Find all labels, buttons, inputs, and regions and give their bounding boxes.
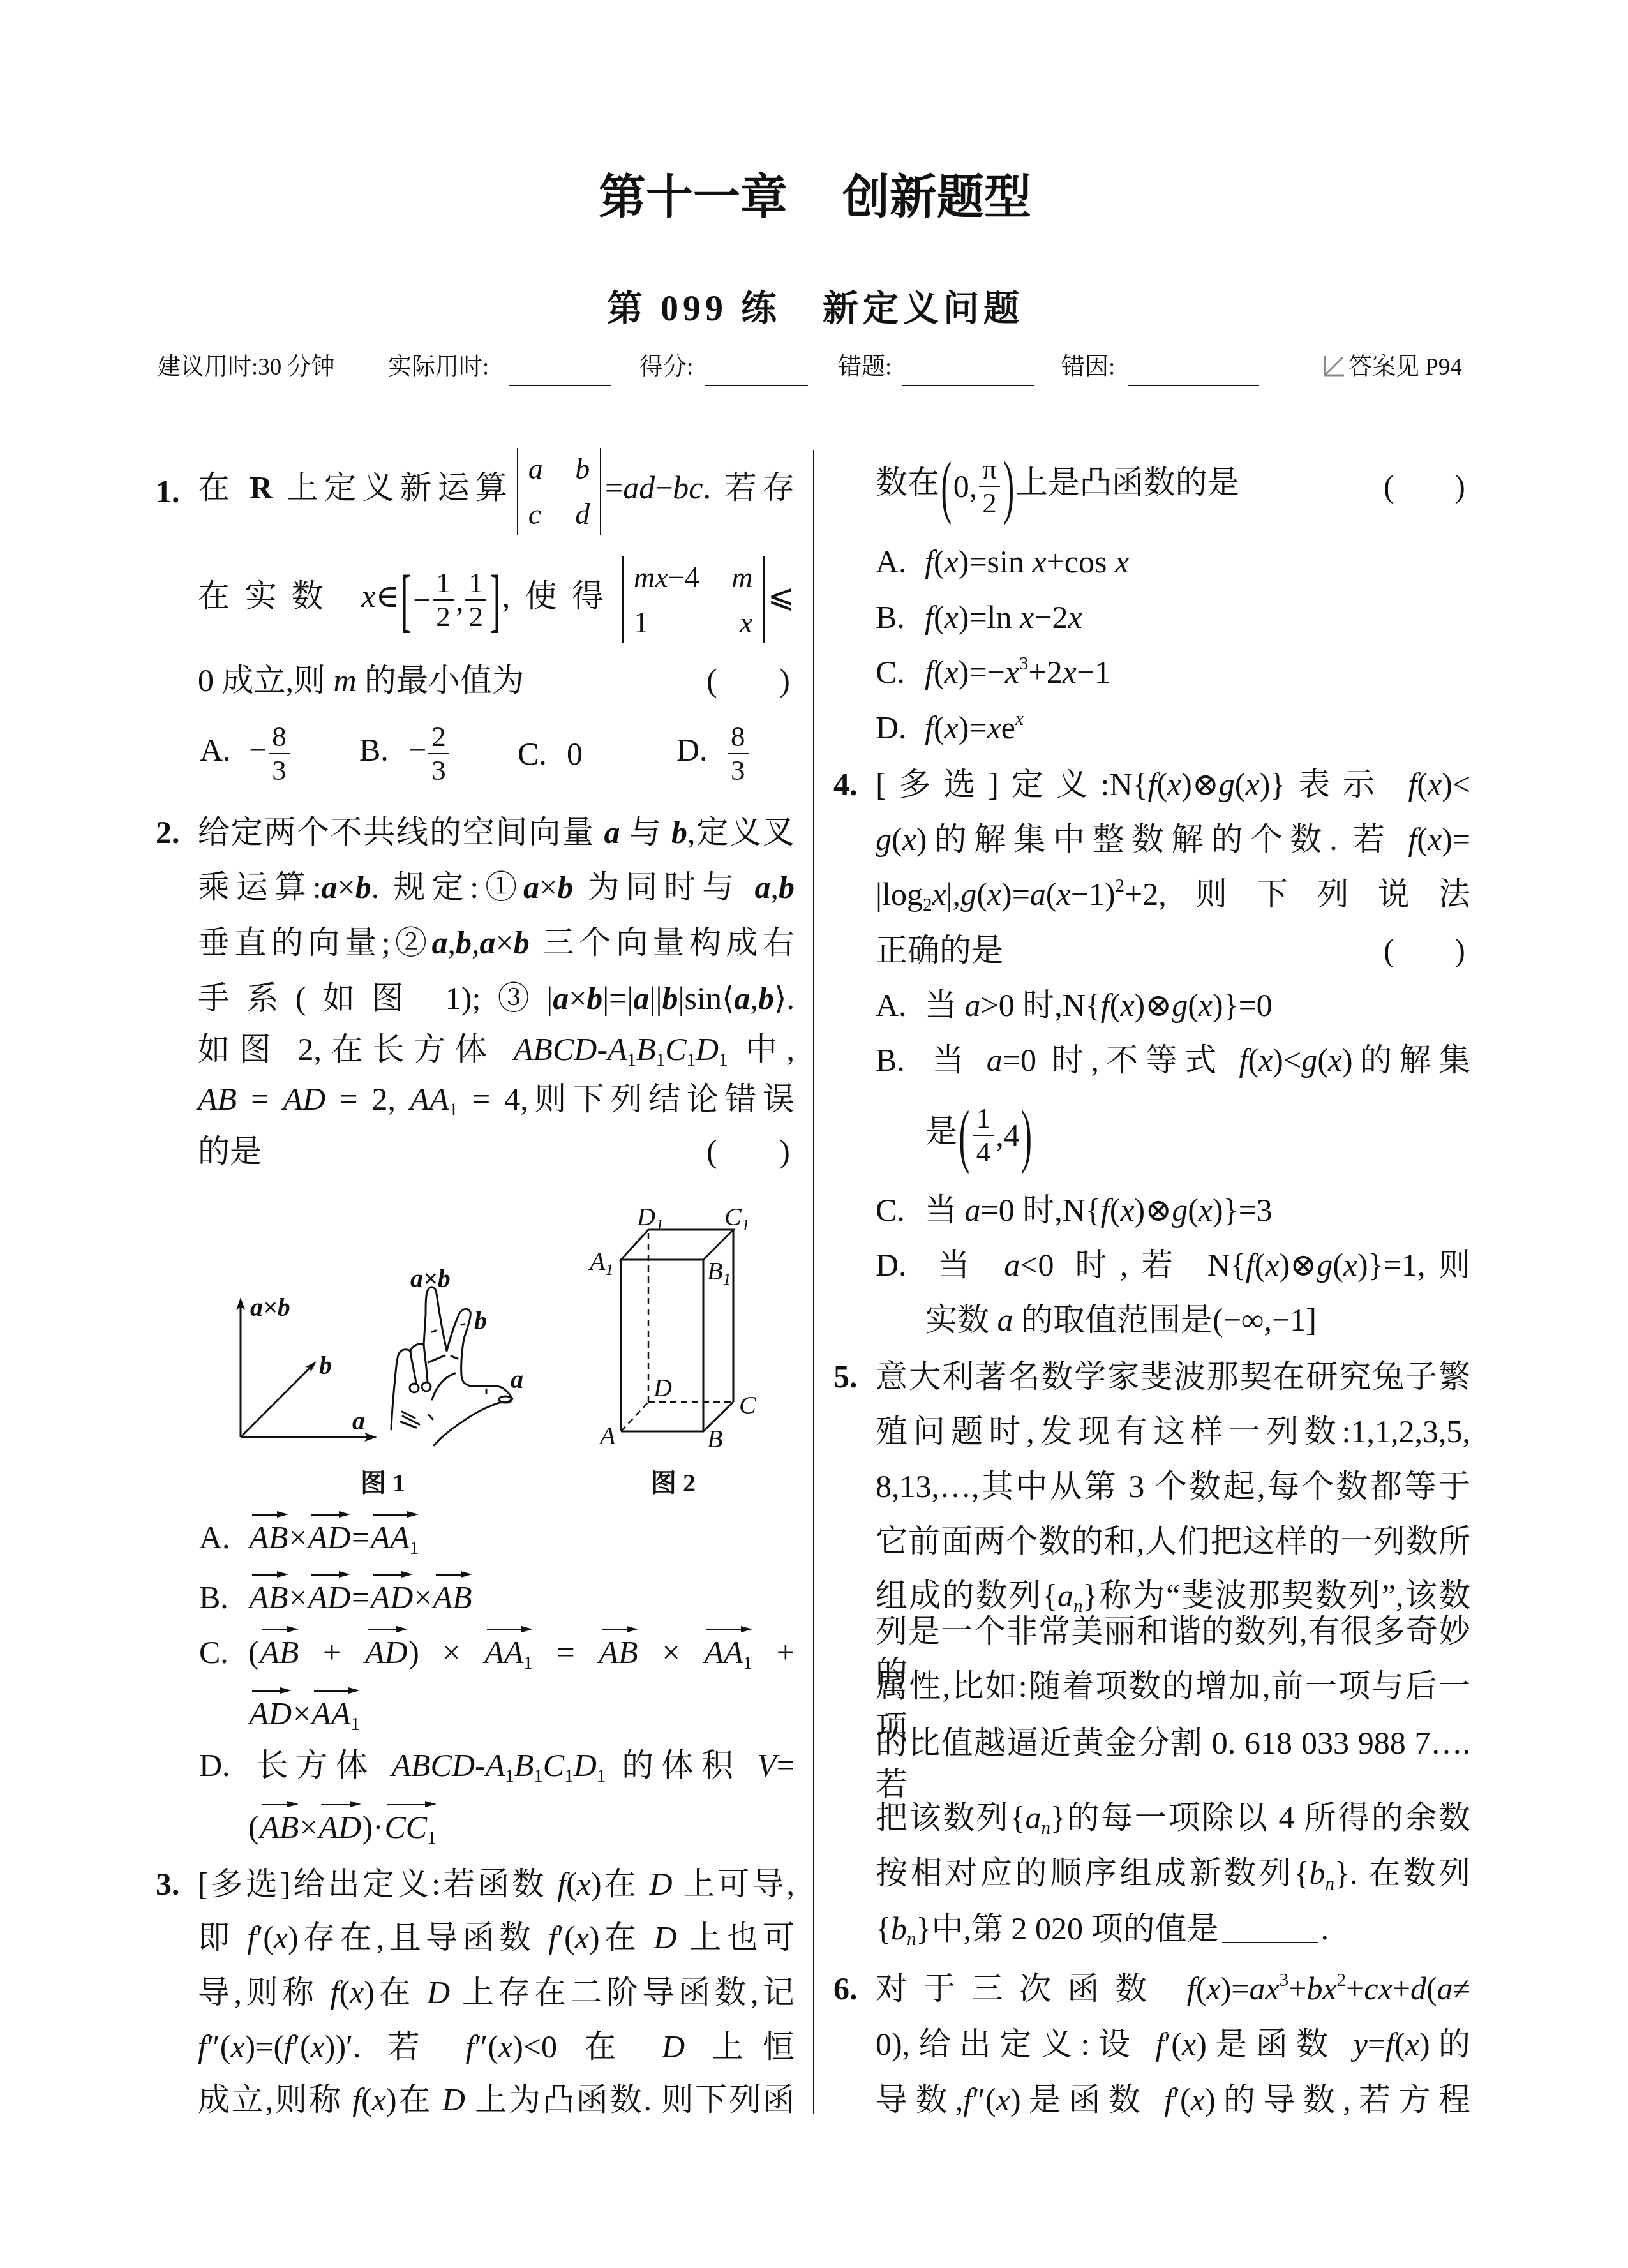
math-variable: c [528, 498, 541, 530]
math-variable: x [1343, 1247, 1357, 1283]
math-variable: f [1101, 1192, 1110, 1228]
superscript: x [1015, 709, 1024, 729]
option-content: −83 [249, 732, 292, 768]
denominator: 3 [728, 754, 749, 786]
text-run: { [876, 1911, 891, 1946]
text-run: ( [1333, 1247, 1343, 1283]
figure-1-axes [241, 1306, 369, 1437]
option-label: B. [359, 729, 408, 771]
text-run: )= [959, 710, 987, 745]
math-variable: a [987, 1042, 1003, 1078]
text-run: ( [1196, 1971, 1207, 2006]
math-variable: f [1148, 766, 1157, 802]
math-variable: bc [673, 470, 703, 505]
text-run: ⩽ [768, 578, 795, 614]
text-run: × [289, 1519, 307, 1555]
math-variable: x [945, 599, 959, 635]
text-run: 长方体 [248, 1747, 392, 1783]
math-variable: a [528, 452, 543, 485]
set-symbol: R [250, 470, 273, 505]
text-run: = [605, 470, 623, 505]
subscript: 1 [656, 1050, 666, 1070]
axis-label-b: b [319, 1351, 332, 1380]
text-run: ( [1317, 1042, 1328, 1078]
determinant: mx−4m1x [622, 556, 765, 643]
text-run: ) × [408, 1634, 483, 1670]
option-content: f(x)=xex [925, 710, 1024, 745]
subscript: 1 [449, 1100, 458, 1120]
numerator: 8 [728, 721, 749, 754]
text-run: 上也可 [676, 1920, 795, 1955]
figure-2-caption: 图 2 [651, 1468, 696, 1497]
math-variable: x [1199, 987, 1213, 1023]
option-content: 当 a=0 时,不等式 f(x)<g(x)的解集 [925, 1042, 1470, 1078]
vector-arrow: AD [250, 1687, 292, 1729]
subscript: 1 [427, 1827, 437, 1847]
vertex-letter: A [588, 1247, 606, 1276]
text-run: × [639, 1634, 703, 1670]
option-content: AD×AA1 [248, 1687, 795, 1735]
text-run: 当 [925, 1042, 987, 1078]
math-variable: x [1115, 544, 1129, 579]
math-variable: x [902, 821, 916, 857]
vector-symbol: b [671, 814, 687, 850]
paren-close: ) [1454, 930, 1465, 971]
text-run: ( [248, 1634, 259, 1670]
option-label: C. [876, 652, 925, 693]
math-variable: x [577, 1866, 591, 1902]
math-variable: f [1101, 987, 1110, 1023]
math-variable: ABCD [392, 1747, 475, 1783]
math-variable: f [1246, 1247, 1255, 1283]
line-text: 导,则称 f(x)在 D 上存在二阶导函数,记 [198, 1972, 795, 2013]
text-run: e [1001, 710, 1015, 745]
math-variable: a [965, 987, 981, 1023]
text-run: + [1393, 1971, 1410, 2006]
text-run: −2 [1034, 599, 1068, 635]
text-run: [多选]定义:N{ [876, 766, 1148, 802]
math-variable: x [932, 876, 946, 912]
math-variable: bx [1306, 1971, 1336, 2006]
math-variable: x [945, 654, 959, 690]
text-run: [多选]给出定义:若函数 [198, 1866, 557, 1902]
option-content: 当 a=0 时,N{f(x)⊗g(x)}=3 [925, 1192, 1273, 1228]
math-variable: f [1408, 766, 1417, 802]
math-variable: f [548, 1920, 557, 1955]
vector-name: AB [260, 1634, 299, 1670]
vector-arrow: AA1 [311, 1687, 360, 1734]
math-variable: x [1206, 1971, 1220, 2006]
text-run: }称为“斐波那契数列”,该数 [1083, 1578, 1470, 1613]
text-run: −1) [1071, 876, 1116, 912]
text-run: 垂直的向量;② [198, 925, 432, 960]
subscript: 1 [743, 1652, 753, 1673]
text-run: 数在 [876, 465, 939, 500]
math-variable: f [1408, 821, 1417, 857]
math-variable: f [963, 2082, 972, 2117]
text-run: =0 时,N{ [981, 1192, 1101, 1228]
option-label: A. [876, 541, 925, 583]
vertex-label-a: A [598, 1421, 616, 1450]
subscript: 1 [719, 1050, 728, 1070]
text-run: ( [934, 544, 945, 579]
vector-symbol: b [355, 869, 371, 905]
question-2-figures: a×b b a a×b b a 图 1 D1 C1 A1 B [211, 1181, 798, 1512]
math-variable: x [1120, 1192, 1134, 1228]
fraction: 83 [728, 721, 749, 786]
denominator: 2 [433, 601, 454, 632]
text-run: × [338, 869, 355, 905]
math-variable: x [1120, 987, 1134, 1023]
numerator: 2 [428, 721, 449, 754]
text-run: = [352, 1519, 370, 1555]
paren-close: ) [779, 660, 790, 701]
text-run: + [1288, 1971, 1306, 2006]
text-run: ( [892, 821, 902, 857]
text-run: 为同时与 [573, 869, 754, 905]
text-run: − [249, 732, 267, 768]
math-variable: D [649, 1866, 672, 1902]
text-run: ″( [972, 2082, 996, 2117]
option-label: C. [518, 733, 567, 775]
text-run: 成立,则称 [198, 2082, 352, 2117]
text-run: , [750, 980, 758, 1016]
text-run: ( [1417, 766, 1428, 802]
line-text: [多选]给出定义:若函数 f(x)在 D 上可导, [198, 1863, 795, 1905]
line-text: 在实数 x∈[−12,12],使得mx−4m1x⩽ [198, 556, 795, 643]
text-run: ( [1394, 2026, 1405, 2062]
math-variable: f [1164, 2082, 1173, 2117]
vector-name: AA [704, 1634, 743, 1670]
text-run: ( [1046, 876, 1057, 912]
text-run: ( [1235, 766, 1246, 802]
text-run: 实数 [925, 1302, 997, 1338]
text-run: , [472, 925, 480, 960]
vector-symbol: b [557, 869, 573, 905]
text-run: 对于三次函数 [876, 1971, 1187, 2006]
wrong-questions-blank [902, 385, 1034, 386]
math-variable: x [1057, 876, 1071, 912]
text-run: )在 [589, 1920, 653, 1955]
left-delimiter: ( [941, 441, 952, 532]
text-run: × [289, 1579, 307, 1615]
math-variable: x [1063, 654, 1077, 690]
text-run: × [539, 869, 557, 905]
text-run: )的 [1419, 2026, 1470, 2062]
text-run: ( [934, 710, 945, 745]
text-run: , [448, 925, 456, 960]
math-variable: x [575, 1920, 589, 1955]
line-text: 按相对应的顺序组成新数列{bn}. 在数列 [876, 1853, 1470, 1896]
vector-name: AD [308, 1519, 351, 1555]
text-run: × [300, 1809, 318, 1845]
vector-name: AB [599, 1634, 638, 1670]
determinant-cell: 1 [634, 605, 648, 640]
math-variable: V [757, 1747, 777, 1783]
line-text: 给定两个不共线的空间向量 a 与 b,定义叉 [198, 812, 795, 853]
text-run: , [770, 869, 779, 905]
option-content: 当 a>0 时,N{f(x)⊗g(x)}=0 [925, 987, 1273, 1023]
determinant-cell: x [740, 605, 752, 640]
vertex-subscript: 1 [722, 1270, 731, 1288]
line-text: |log2x|,g(x)=a(x−1)2+2,则下列说法 [876, 874, 1470, 917]
math-variable: f [557, 1866, 566, 1902]
math-variable: g [1317, 1247, 1333, 1283]
determinant-cell: a [528, 451, 543, 486]
text-run: - [597, 1031, 608, 1067]
text-run: 乘运算: [198, 869, 322, 905]
math-variable: x [1428, 821, 1442, 857]
text-run: 意大利著名数学家斐波那契在研究兔子繁 [876, 1359, 1470, 1394]
text-run: 0),给出定义:设 [876, 2026, 1155, 2062]
math-variable: f [352, 2082, 361, 2117]
option-label: A. [200, 729, 249, 771]
subscript: 1 [350, 1713, 360, 1734]
actual-time-label-text: 实际用时: [388, 355, 489, 379]
vector-symbol: a [480, 925, 496, 960]
text-run: 是 [925, 1114, 957, 1149]
option-content: (AB + AD) × AA1 = AB × AA1 + [248, 1634, 795, 1670]
option-content: 实数 a 的取值范围是(−∞,−1] [925, 1299, 1470, 1341]
line-text: 的比值越逼近黄金分割 0. 618 033 988 7…. 若 [876, 1722, 1470, 1805]
text-run: 上恒 [685, 2029, 795, 2064]
superscript: 2 [1116, 876, 1125, 896]
text-run: ≠ [1453, 1971, 1470, 2006]
vector-name: AB [260, 1809, 299, 1845]
vector-name: AD [365, 1634, 408, 1670]
math-variable: x [740, 606, 752, 639]
wrong-questions-label-text: 错题: [838, 355, 892, 379]
text-run: = [777, 1747, 795, 1783]
chapter-name-text: 创新题型 [842, 174, 1031, 221]
vector-symbol: b [514, 925, 530, 960]
subscript: 1 [523, 1652, 533, 1673]
vector-symbol: a [322, 869, 338, 905]
subscript: 1 [505, 1766, 514, 1786]
text-run: ⟩. [774, 980, 795, 1016]
text-run: }. 在数列 [1334, 1855, 1470, 1891]
option-content: f(x)=sin x+cos x [925, 544, 1129, 579]
text-run: )< [1273, 1042, 1301, 1078]
text-run: )=sin [959, 544, 1033, 579]
text-run: )<0 在 [512, 2029, 662, 2064]
text-run: 中, [728, 1031, 795, 1067]
numerator: 1 [433, 567, 454, 601]
text-run: 三个向量构成右 [530, 925, 795, 960]
text-run: = [237, 1081, 283, 1117]
text-run: 上为凸函数. 则下列函 [465, 2082, 795, 2117]
math-variable: f [925, 544, 934, 579]
text-run: + [300, 1634, 364, 1670]
vertex-subscript: 1 [655, 1216, 664, 1234]
fraction: 12 [433, 567, 454, 632]
numerator: 1 [465, 567, 486, 601]
option-label: A. [199, 1517, 248, 1558]
hand-label-b: b [474, 1306, 487, 1335]
vector-symbol: a [604, 814, 620, 850]
math-variable: x [1032, 544, 1046, 579]
math-variable: x [1258, 1042, 1273, 1078]
text-run: 8,13,…,其中从第 3 个数起,每个数都等于 [876, 1468, 1470, 1504]
vector-symbol: a [634, 980, 650, 1016]
right-delimiter: ) [1004, 441, 1015, 532]
text-run: )的解集中整数解的个数. 若 [916, 821, 1408, 857]
math-variable: x [1020, 599, 1034, 635]
text-run: + [754, 1634, 795, 1670]
text-run: 即 [198, 1920, 247, 1955]
option-label: C. [876, 1190, 925, 1231]
text-run: ( [361, 2082, 372, 2117]
math-variable: f [466, 2029, 475, 2064]
math-variable: a [1057, 1578, 1073, 1613]
line-text: 数在(0,π2)上是凸函数的是 [876, 454, 1373, 519]
fraction: 83 [269, 721, 290, 786]
text-run: 在实数 [198, 578, 361, 614]
text-run: ″( [474, 2029, 498, 2064]
left-delimiter: [ [401, 555, 412, 646]
line-text: f″(x)=(f′(x))′. 若 f″(x)<0 在 D 上恒 [198, 2026, 795, 2068]
denominator: 3 [269, 754, 290, 786]
column-divider [813, 450, 814, 2114]
axis-label-cross-product: a×b [250, 1293, 290, 1322]
math-variable: m [731, 561, 752, 593]
text-run: >0 时,N{ [981, 987, 1101, 1023]
vector-arrow: AA1 [371, 1511, 419, 1558]
vector-name: AD [308, 1579, 351, 1615]
text-run: ∈ [375, 578, 399, 614]
math-variable: A [608, 1031, 627, 1067]
practice-name-text: 新定义问题 [823, 291, 1024, 327]
math-variable: D [574, 1747, 597, 1783]
line-text: 8,13,…,其中从第 3 个数起,每个数都等于 [876, 1466, 1470, 1507]
vector-symbol: b [779, 869, 795, 905]
option-label: D. [676, 729, 726, 771]
vector-arrow: CC1 [384, 1800, 436, 1847]
text-run: ′( [557, 1920, 575, 1955]
math-variable: d [1410, 1971, 1426, 2006]
math-variable: g [1172, 1192, 1188, 1228]
text-run: + [1346, 1971, 1364, 2006]
text-run: ( [339, 1974, 350, 2010]
line-text: 它前面两个数的和,人们把这样的一列数所 [876, 1521, 1470, 1562]
suggested-time-text: 建议用时:30 分钟 [157, 355, 335, 379]
text-run: 的体积 [606, 1747, 757, 1783]
text-run: )的解集 [1342, 1042, 1470, 1078]
figure-1-caption: 图 1 [361, 1468, 405, 1497]
vector-arrow: AD [308, 1511, 351, 1553]
paren-close: ) [1454, 466, 1465, 507]
subscript: n [1041, 1818, 1050, 1839]
text-run: )}=3 [1213, 1192, 1273, 1228]
math-variable: x [1182, 2026, 1196, 2062]
text-run: ( [1110, 1192, 1121, 1228]
score-label-text: 得分: [639, 355, 693, 379]
text-run: 手系(如图 1);③| [198, 980, 553, 1016]
vector-name: AA [484, 1634, 523, 1670]
text-run: 0 [567, 736, 583, 772]
vector-symbol: b [456, 925, 472, 960]
text-run: ″( [207, 2029, 230, 2064]
line-text: {bn}中,第 2 020 项的值是. [876, 1908, 1470, 1951]
text-run: 在 [198, 470, 250, 505]
text-run: )在 [591, 1866, 650, 1902]
vertex-subscript: 1 [742, 1216, 750, 1234]
line-text: AB = AD = 2, AA1 = 4,则下列结论错误 [198, 1078, 795, 1122]
vector-name: AD [371, 1579, 414, 1615]
option-label: B. [876, 1040, 925, 1081]
text-run: )< [1442, 766, 1470, 802]
numerator: 8 [269, 721, 290, 754]
wrong-reasons-label-text: 错因: [1061, 355, 1115, 379]
math-variable: x [372, 2082, 386, 2117]
vertex-label-d: D [653, 1373, 672, 1402]
math-variable: x [1246, 766, 1260, 802]
math-variable: x [311, 2029, 325, 2064]
option-label: D. [876, 707, 925, 749]
fraction: π2 [979, 454, 1001, 519]
question-number-text: 2. [156, 812, 198, 853]
line-text: 如图 2,在长方体 ABCD-A1B1C1D1 中, [198, 1029, 795, 1072]
subscript: 1 [564, 1766, 574, 1786]
line-text: [多选]定义:N{f(x)⊗g(x)}表示 f(x)< [876, 764, 1470, 805]
text-run: 上可导, [673, 1866, 795, 1902]
chapter-number-text: 第十一章 [599, 174, 788, 221]
determinant-cell: mx−4 [634, 560, 699, 595]
vertex-label-d1: D1 [636, 1202, 664, 1234]
question-number-text: 1. [156, 471, 198, 512]
vertex-letter: B [707, 1257, 722, 1285]
vector-arrow: AD [308, 1570, 351, 1613]
vector-name: AA [371, 1519, 410, 1555]
text-run: ))′. 若 [325, 2029, 466, 2064]
text-run: ( [566, 1866, 577, 1902]
text-run: <0 时,若 N{ [1020, 1247, 1246, 1283]
vector-symbol: b [758, 980, 774, 1016]
question-number-text: 6. [833, 1968, 876, 2010]
math-variable: f [1239, 1042, 1248, 1078]
vector-arrow: AB [250, 1570, 288, 1613]
math-variable: mx [634, 561, 668, 593]
text-run: =0 时,不等式 [1003, 1042, 1239, 1078]
subscript: 1 [597, 1766, 606, 1786]
delimited-group: (0,π2) [939, 454, 1016, 519]
paren-open: ( [1384, 466, 1394, 507]
text-run: 上是凸函数的是 [1016, 465, 1239, 500]
determinant-cell: d [575, 496, 590, 532]
text-run: , [456, 579, 464, 621]
vector-arrow: AB [260, 1625, 299, 1668]
math-variable: D [662, 2029, 685, 2064]
math-variable: x [987, 710, 1001, 745]
line-text: 乘运算:a×b. 规定:①a×b 为同时与 a,b [198, 867, 795, 908]
option-content: (AB×AD)·CC1 [248, 1800, 795, 1848]
math-variable: x [361, 578, 375, 614]
text-run: +2,则下列说法 [1124, 876, 1470, 912]
math-variable: x [1328, 1042, 1342, 1078]
vector-name: AB [250, 1579, 288, 1615]
text-run: |sin⟨ [678, 980, 735, 1016]
text-run: )}表示 [1260, 766, 1408, 802]
math-variable: x [996, 2082, 1010, 2117]
math-variable: f [284, 2029, 293, 2064]
math-variable: f [1187, 1971, 1196, 2006]
text-run: = [352, 1579, 370, 1615]
option-label: C. [199, 1632, 248, 1673]
math-variable: C [543, 1747, 564, 1783]
vector-name: AD [250, 1696, 292, 1731]
actual-time-blank [509, 385, 611, 386]
text-run: 它前面两个数的和,人们把这样的一列数所 [876, 1523, 1470, 1559]
